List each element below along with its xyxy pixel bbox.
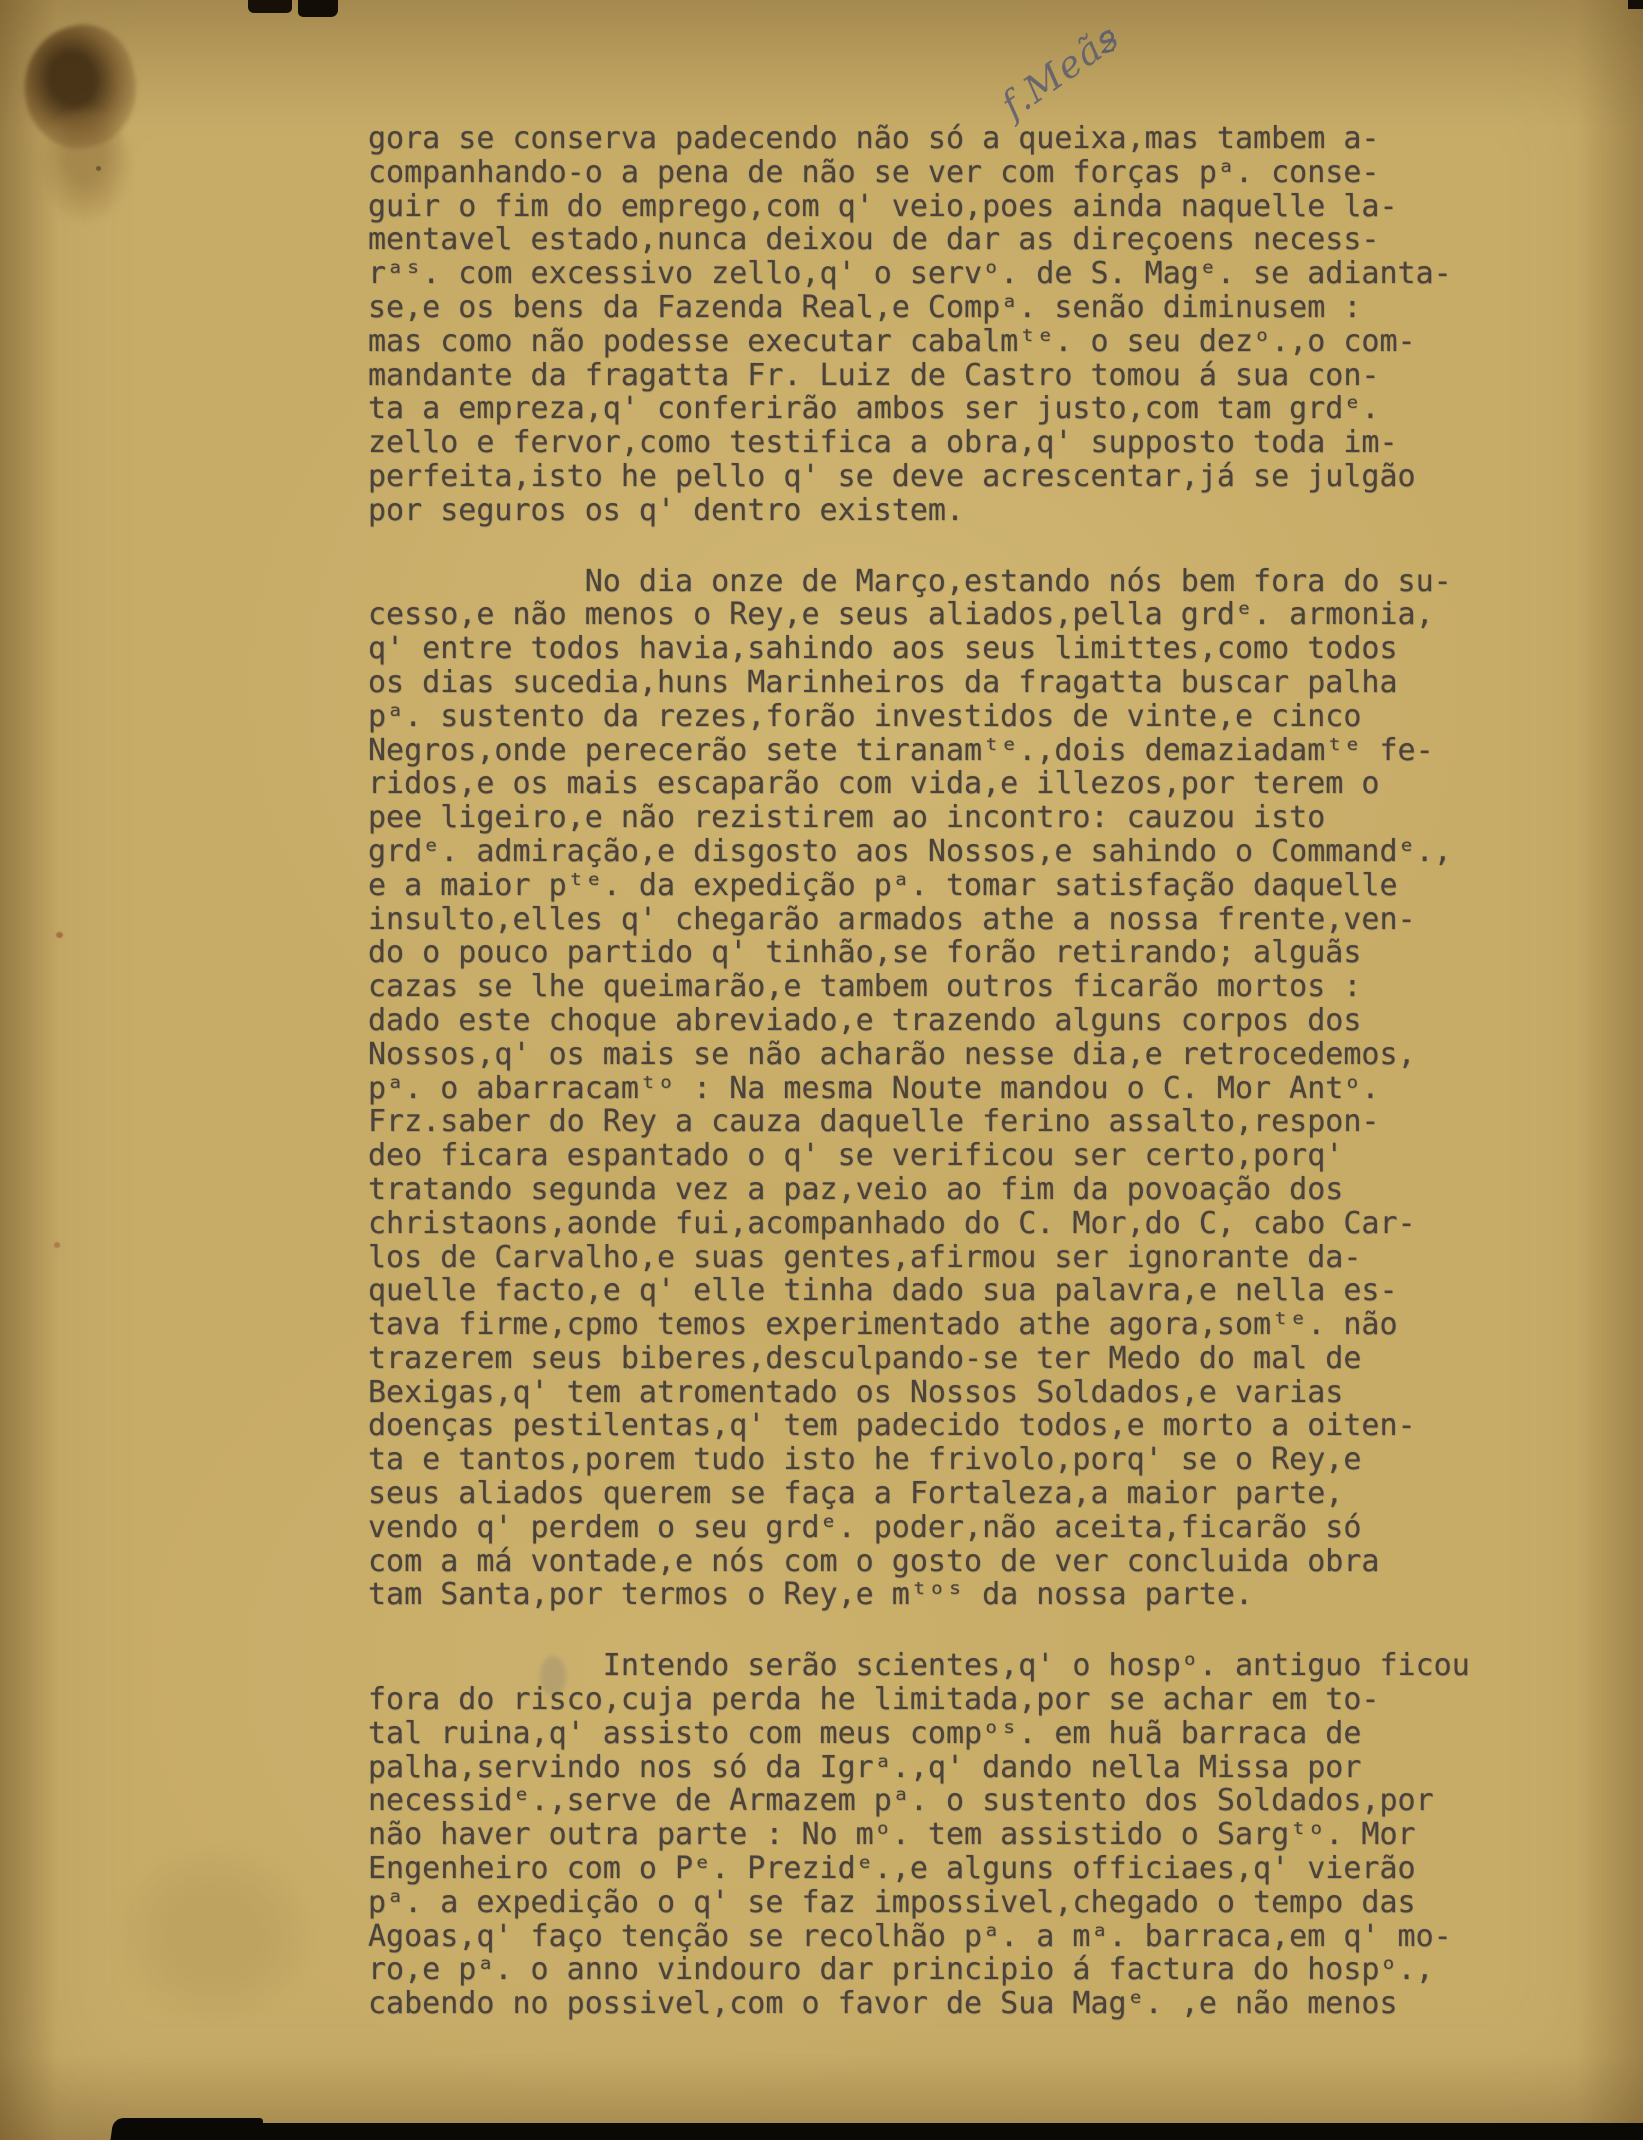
document-line: pᵃ. a expedição o q' se faz impossivel,c… — [368, 1886, 1568, 1920]
paper-speck — [96, 166, 101, 171]
document-line: rᵃˢ. com excessivo zello,q' o servᵒ. de … — [368, 257, 1568, 291]
document-line: Engenheiro com o Pᵉ. Prezidᵉ.,e alguns o… — [368, 1852, 1568, 1886]
ink-stain-halo — [40, 110, 130, 220]
document-line: os dias sucedia,huns Marinheiros da frag… — [368, 666, 1568, 700]
document-line: ta e tantos,porem tudo isto he frivolo,p… — [368, 1443, 1568, 1477]
document-line: gora se conserva padecendo não só a quei… — [368, 122, 1568, 156]
document-line: deo ficara espantado o q' se verificou s… — [368, 1139, 1568, 1173]
document-line: necessidᵉ.,serve de Armazem pᵃ. o susten… — [368, 1784, 1568, 1818]
document-line: Negros,onde perecerão sete tiranamᵗᵉ.,do… — [368, 734, 1568, 768]
document-line: ridos,e os mais escaparão com vida,e ill… — [368, 767, 1568, 801]
document-line: insulto,elles q' chegarão armados athe a… — [368, 903, 1568, 937]
document-line: zello e fervor,como testifica a obra,q' … — [368, 426, 1568, 460]
document-line: cazas se lhe queimarão,e tambem outros f… — [368, 970, 1568, 1004]
document-line: do o pouco partido q' tinhão,se forão re… — [368, 936, 1568, 970]
document-line: cesso,e não menos o Rey,e seus aliados,p… — [368, 598, 1568, 632]
paper-page: 2 f.Meãs gora se conserva padecendo não … — [0, 0, 1643, 2140]
document-line: dado este choque abreviado,e trazendo al… — [368, 1004, 1568, 1038]
annotation-signature: f.Meãs — [993, 15, 1127, 127]
document-line: cabendo no possivel,com o favor de Sua M… — [368, 1987, 1568, 2021]
document-line: mentavel estado,nunca deixou de dar as d… — [368, 223, 1568, 257]
paper-discoloration — [120, 1850, 310, 2020]
paragraph: No dia onze de Março,estando nós bem for… — [368, 565, 1568, 1613]
document-line: mas como não podesse executar cabalmᵗᵉ. … — [368, 325, 1568, 359]
document-line: No dia onze de Março,estando nós bem for… — [368, 565, 1568, 599]
document-line: guir o fim do emprego,com q' veio,poes a… — [368, 190, 1568, 224]
document-line: pee ligeiro,e não rezistirem ao incontro… — [368, 801, 1568, 835]
document-line: Frz.saber do Rey a cauza daquelle ferino… — [368, 1105, 1568, 1139]
document-line: ro,e pᵃ. o anno vindouro dar principio á… — [368, 1953, 1568, 1987]
scan-edge-bottom — [112, 2123, 1643, 2140]
document-line: tava firme,cpmo temos experimentado athe… — [368, 1308, 1568, 1342]
document-line: e a maior pᵗᵉ. da expedição pᵃ. tomar sa… — [368, 869, 1568, 903]
document-line: Intendo serão scientes,q' o hospᵒ. antig… — [368, 1649, 1568, 1683]
document-line: tam Santa,por termos o Rey,e mᵗᵒˢ da nos… — [368, 1578, 1568, 1612]
paragraph: Intendo serão scientes,q' o hospᵒ. antig… — [368, 1649, 1568, 2021]
document-line: Agoas,q' faço tenção se recolhão pᵃ. a m… — [368, 1920, 1568, 1954]
document-line: com a má vontade,e nós com o gosto de ve… — [368, 1545, 1568, 1579]
document-line: trazerem seus biberes,desculpando-se ter… — [368, 1342, 1568, 1376]
scan-edge-top — [298, 0, 338, 17]
document-line: christaons,aonde fui,acompanhado do C. M… — [368, 1207, 1568, 1241]
paper-speck — [56, 932, 63, 938]
document-line: pᵃ. o abarracamᵗᵒ : Na mesma Noute mando… — [368, 1072, 1568, 1106]
document-line: se,e os bens da Fazenda Real,e Compᵃ. se… — [368, 291, 1568, 325]
paragraph: gora se conserva padecendo não só a quei… — [368, 122, 1568, 528]
document-line: tratando segunda vez a paz,veio ao fim d… — [368, 1173, 1568, 1207]
scan-edge-top-right — [1628, 0, 1643, 9]
document-line: por seguros os q' dentro existem. — [368, 494, 1568, 528]
document-line: pᵃ. sustento da rezes,forão investidos d… — [368, 700, 1568, 734]
document-line: companhando-o a pena de não se ver com f… — [368, 156, 1568, 190]
scanned-document-screen: 2 f.Meãs gora se conserva padecendo não … — [0, 0, 1643, 2140]
document-line: los de Carvalho,e suas gentes,afirmou se… — [368, 1241, 1568, 1275]
document-line: tal ruina,q' assisto com meus compᵒˢ. em… — [368, 1717, 1568, 1751]
document-line: q' entre todos havia,sahindo aos seus li… — [368, 632, 1568, 666]
document-line: doenças pestilentas,q' tem padecido todo… — [368, 1409, 1568, 1443]
document-line: vendo q' perdem o seu grdᵉ. poder,não ac… — [368, 1511, 1568, 1545]
document-line: mandante da fragatta Fr. Luiz de Castro … — [368, 359, 1568, 393]
document-line: grdᵉ. admiração,e disgosto aos Nossos,e … — [368, 835, 1568, 869]
scan-edge-top — [248, 0, 292, 13]
document-text: gora se conserva padecendo não só a quei… — [368, 122, 1568, 2021]
document-line: palha,servindo nos só da Igrᵃ.,q' dando … — [368, 1751, 1568, 1785]
handwritten-annotation: 2 f.Meãs — [1014, 26, 1194, 136]
document-line: ta a empreza,q' conferirão ambos ser jus… — [368, 392, 1568, 426]
document-line: perfeita,isto he pello q' se deve acresc… — [368, 460, 1568, 494]
document-line: fora do risco,cuja perda he limitada,por… — [368, 1683, 1568, 1717]
document-line: Nossos,q' os mais se não acharão nesse d… — [368, 1038, 1568, 1072]
document-line: seus aliados querem se faça a Fortaleza,… — [368, 1477, 1568, 1511]
document-line: Bexigas,q' tem atromentado os Nossos Sol… — [368, 1376, 1568, 1410]
document-line: não haver outra parte : No mᵒ. tem assis… — [368, 1818, 1568, 1852]
document-line: quelle facto,e q' elle tinha dado sua pa… — [368, 1274, 1568, 1308]
paper-speck — [54, 1242, 60, 1248]
